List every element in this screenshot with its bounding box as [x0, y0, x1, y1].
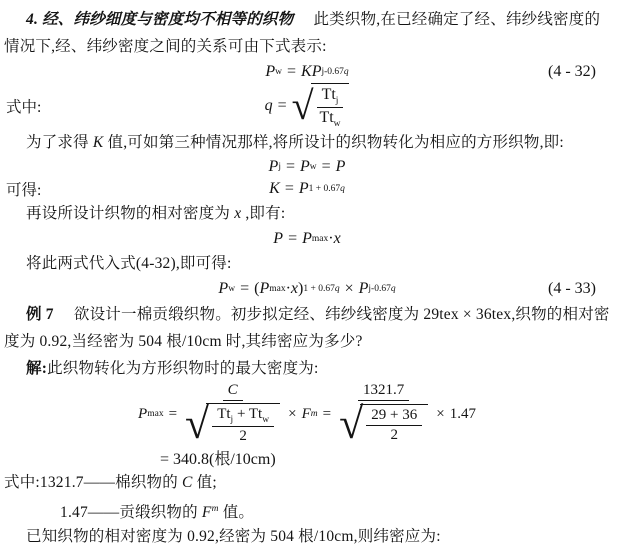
text-after-x: ,即有:: [241, 205, 285, 222]
var-P-max: P: [259, 280, 269, 298]
fraction-numerator: Ttj + Ttw: [212, 406, 274, 427]
fraction-denominator: 2: [239, 427, 247, 445]
paragraph-intro-line1: 4. 经、纬纱细度与密度均不相等的织物 此类织物,在已经确定了经、纬纱线密度的: [4, 6, 610, 33]
subscript-max: max: [312, 234, 328, 244]
var-P-weft: P: [218, 280, 228, 298]
subscript-w: w: [334, 119, 341, 129]
paragraph-find-K: 为了求得 K 值,可如第三种情况那样,将所设计的织物转化为相应的方形织物,即:: [4, 129, 610, 156]
fraction-29-36-over-2: 29 + 36 2: [366, 407, 422, 444]
intro-text: 此类织物,在已经确定了经、纬纱线密度的: [313, 11, 600, 28]
note-F-value: 1.47——贡缎织物的 Fm 值。: [4, 496, 610, 523]
var-P-warp: P: [359, 280, 369, 298]
var-F: F: [302, 406, 311, 423]
fraction-Ttj-Ttw: Ttj Ttw: [317, 86, 344, 129]
substitute-text: 将此两式代入式(4-32),即可得:: [26, 255, 232, 272]
result-value: = 340.8(根/10cm): [160, 446, 276, 469]
equation-K-value: 可得: K = P1 + 0.67q: [4, 178, 610, 200]
var-P-warp: P: [312, 63, 322, 81]
example-label: 例 7: [26, 306, 54, 323]
exponent-group: 1 + 0.67q: [309, 184, 345, 194]
document-page: 4. 经、纬纱细度与密度均不相等的织物 此类织物,在已经确定了经、纬纱线密度的 …: [0, 0, 618, 544]
fraction-numerator: Ttj: [317, 86, 344, 108]
example7-line2: 度为 0.92,当经密为 504 根/10cm 时,其纬密应为多少?: [4, 328, 610, 355]
Tt-symbol: Tt: [322, 86, 336, 103]
text-before-x: 再设所设计织物的相对密度为: [26, 205, 234, 222]
note1-text: 式中:1321.7——棉织物的: [4, 474, 182, 491]
equals-sign: =: [169, 406, 177, 423]
equation-P-max-calculation: Pmax = C √ Ttj + Ttw 2 × Fm = 1321.7: [4, 382, 610, 446]
example-text1: 欲设计一棉贡缎织物。初步拟定经、纬纱线密度为 29tex × 36tex,织物的…: [74, 306, 610, 323]
final-text: 已知织物的相对密度为 0.92,经密为 504 根/10cm,则纬密应为:: [26, 528, 441, 544]
solution-text: 此织物转化为方形织物时的最大密度为:: [47, 360, 318, 377]
equation-number-4-33: (4 - 33): [548, 280, 596, 298]
fraction-denominator: 2: [390, 426, 398, 444]
equation-number-4-32: (4 - 32): [548, 63, 596, 81]
note1-tail: 值;: [193, 474, 217, 491]
fraction-denominator: √ Ttj + Ttw 2: [185, 401, 280, 446]
square-root: √ Ttj Ttw: [292, 83, 350, 129]
plus-sign: +: [237, 406, 245, 422]
inline-var-K: K: [93, 134, 104, 151]
superscript-m: m: [311, 409, 318, 419]
var-x: x: [334, 230, 341, 248]
exponent-var-q: q: [344, 67, 349, 77]
equation-4-33: Pw = (Pmax·x)1 + 0.67q × Pj-0.67q (4 - 3…: [4, 277, 610, 301]
square-root: √ 29 + 36 2: [339, 402, 428, 446]
times-sign: ×: [345, 280, 354, 298]
times-sign: ×: [288, 406, 296, 423]
example7-line1: 例 7 欲设计一棉贡缎织物。初步拟定经、纬纱线密度为 29tex × 36tex…: [4, 301, 610, 328]
fraction-denominator: Ttw: [319, 108, 340, 129]
equation-square-fabric: Pj = Pw = P: [4, 156, 610, 178]
equals-sign: =: [240, 280, 249, 298]
intro-text-cont: 情况下,经、纬纱密度之间的关系可由下式表示:: [4, 38, 327, 55]
fraction-1321-over-sqrt: 1321.7 √ 29 + 36 2: [339, 382, 428, 446]
var-q: q: [265, 97, 273, 115]
subscript-w: w: [262, 415, 269, 425]
paragraph-substitute: 将此两式代入式(4-32),即可得:: [4, 250, 610, 277]
paragraph-relative-density: 再设所设计织物的相对密度为 x ,即有:: [4, 200, 610, 227]
section-heading: 经、纬纱细度与密度均不相等的织物: [42, 11, 293, 28]
equals-sign: =: [285, 180, 294, 198]
radicand: Ttj + Ttw 2: [206, 403, 280, 445]
var-P-warp: P: [269, 158, 279, 176]
equation-q-definition: 式中: q = √ Ttj Ttw: [4, 83, 610, 129]
subscript-max: max: [147, 409, 163, 419]
exponent-var-q: q: [335, 284, 340, 294]
var-P: P: [273, 230, 283, 248]
Tt-symbol: Tt: [319, 109, 333, 126]
subscript-j: j: [278, 162, 281, 172]
exponent-number: -0.67: [371, 284, 391, 294]
subscript-j: j: [336, 96, 339, 106]
section-number: 4.: [26, 11, 38, 28]
example-text2: 度为 0.92,当经密为 504 根/10cm 时,其纬密应为多少?: [4, 333, 363, 350]
var-P-max: P: [302, 230, 312, 248]
var-P-max: P: [138, 406, 147, 423]
superscript-m: m: [212, 504, 219, 514]
solution-label: 解:: [26, 360, 47, 377]
subscript-w: w: [275, 67, 282, 77]
note2-text: 1.47——贡缎织物的: [60, 504, 202, 521]
Tt-symbol: Tt: [217, 406, 230, 422]
var-K: K: [301, 63, 312, 81]
var-P: P: [299, 180, 309, 198]
var-P: P: [336, 158, 346, 176]
radicand: 29 + 36 2: [360, 404, 428, 444]
note2-tail: 值。: [219, 504, 254, 521]
C-value: 1321.7: [358, 382, 409, 401]
fraction-C-over-sqrt: C √ Ttj + Ttw 2: [185, 382, 280, 446]
exponent-group: 1 + 0.67q: [303, 284, 339, 294]
exponent-number: 1 + 0.67: [303, 284, 334, 294]
label-shizhong: 式中:: [6, 95, 41, 117]
square-root: √ Ttj + Ttw 2: [185, 402, 280, 446]
final-statement: 已知织物的相对密度为 0.92,经密为 504 根/10cm,则纬密应为:: [4, 523, 610, 544]
subscript-w: w: [310, 162, 317, 172]
equation-P-max-x: P = Pmax · x: [4, 227, 610, 250]
equals-sign: =: [288, 230, 297, 248]
var-P-weft: P: [300, 158, 310, 176]
var-C: C: [223, 382, 243, 401]
exponent-group: -0.67q: [324, 67, 349, 77]
radicand: Ttj Ttw: [311, 83, 350, 129]
fraction-denominator: √ 29 + 36 2: [339, 401, 428, 446]
equation-4-32: Pw = KPj-0.67q (4 - 32): [4, 60, 610, 83]
subscript-w: w: [228, 284, 235, 294]
times-sign: ×: [436, 406, 444, 423]
equals-sign: =: [278, 97, 287, 115]
exponent-var-q: q: [391, 284, 396, 294]
exponent-var-q: q: [340, 184, 345, 194]
label-kede: 可得:: [6, 178, 41, 200]
equals-sign: =: [322, 158, 331, 176]
var-P-weft: P: [265, 63, 275, 81]
var-K: K: [269, 180, 280, 198]
subscript-max: max: [269, 284, 285, 294]
equals-sign: =: [287, 63, 296, 81]
inline-var-C: C: [182, 474, 193, 491]
Tt-symbol: Tt: [249, 406, 262, 422]
text-before-K: 为了求得: [26, 134, 93, 151]
exponent-number: -0.67: [324, 67, 344, 77]
text-after-K: 值,可如第三种情况那样,将所设计的织物转化为相应的方形织物,即:: [103, 134, 563, 151]
paragraph-intro-line2: 情况下,经、纬纱密度之间的关系可由下式表示:: [4, 33, 610, 60]
exponent-group: -0.67q: [371, 284, 396, 294]
equals-sign: =: [323, 406, 331, 423]
fraction-Tt-sum-over-2: Ttj + Ttw 2: [212, 406, 274, 445]
equals-sign: =: [286, 158, 295, 176]
solution-line: 解:此织物转化为方形织物时的最大密度为:: [4, 355, 610, 382]
note-C-value: 式中:1321.7——棉织物的 C 值;: [4, 469, 610, 496]
fraction-numerator: 29 + 36: [366, 407, 422, 426]
inline-var-F: F: [202, 504, 212, 521]
var-x: x: [291, 280, 298, 298]
F-value: 1.47: [450, 406, 476, 423]
subscript-j: j: [231, 415, 234, 425]
exponent-number: 1 + 0.67: [309, 184, 340, 194]
result-line: = 340.8(根/10cm): [4, 446, 610, 469]
